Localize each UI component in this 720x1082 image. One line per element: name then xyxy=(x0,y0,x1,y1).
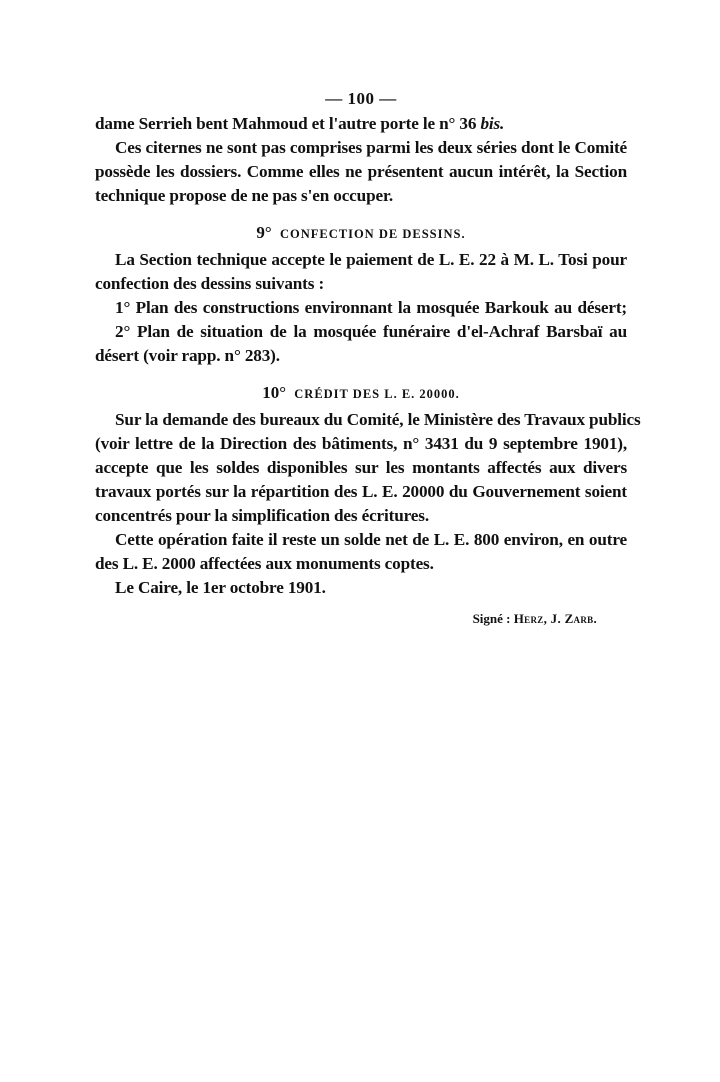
page-number: — 100 — xyxy=(95,86,627,112)
list-item: 2° Plan de situation de la mosquée funér… xyxy=(95,320,627,344)
text-line: confection des dessins suivants : xyxy=(95,272,627,296)
text-line: dame Serrieh bent Mahmoud et l'autre por… xyxy=(95,112,627,136)
document-page: — 100 — dame Serrieh bent Mahmoud et l'a… xyxy=(95,86,627,630)
italic-bis: bis. xyxy=(480,114,504,133)
text-line: La Section technique accepte le paiement… xyxy=(95,248,627,272)
text-line: travaux portés sur la répartition des L.… xyxy=(95,480,627,504)
text-line: accepte que les soldes disponibles sur l… xyxy=(95,456,627,480)
text-line: des L. E. 2000 affectées aux monuments c… xyxy=(95,552,627,576)
heading-text: CONFECTION DE DESSINS. xyxy=(280,227,466,241)
text-line: concentrés pour la simplification des éc… xyxy=(95,504,627,528)
signature-label: Signé : xyxy=(473,611,511,626)
text-line: Ces citernes ne sont pas comprises parmi… xyxy=(95,136,627,160)
place-date: Le Caire, le 1er octobre 1901. xyxy=(95,576,627,600)
signature-names: Herz, J. Zarb. xyxy=(514,611,597,626)
text-line: possède les dossiers. Comme elles ne pré… xyxy=(95,160,627,184)
text-line: Cette opération faite il reste un solde … xyxy=(95,528,627,552)
heading-text: CRÉDIT DES L. E. 20000. xyxy=(294,387,460,401)
list-item: 1° Plan des constructions environnant la… xyxy=(95,296,627,320)
signature: Signé : Herz, J. Zarb. xyxy=(95,600,627,630)
section-heading-10: 10° CRÉDIT DES L. E. 20000. xyxy=(95,374,627,408)
text-line: technique propose de ne pas s'en occuper… xyxy=(95,184,627,208)
text-line: (voir lettre de la Direction des bâtimen… xyxy=(95,432,627,456)
heading-number: 9° xyxy=(256,223,271,242)
heading-number: 10° xyxy=(262,383,286,402)
text-line: désert (voir rapp. n° 283). xyxy=(95,344,627,368)
text-line: Sur la demande des bureaux du Comité, le… xyxy=(95,408,627,432)
section-heading-9: 9° CONFECTION DE DESSINS. xyxy=(95,214,627,248)
